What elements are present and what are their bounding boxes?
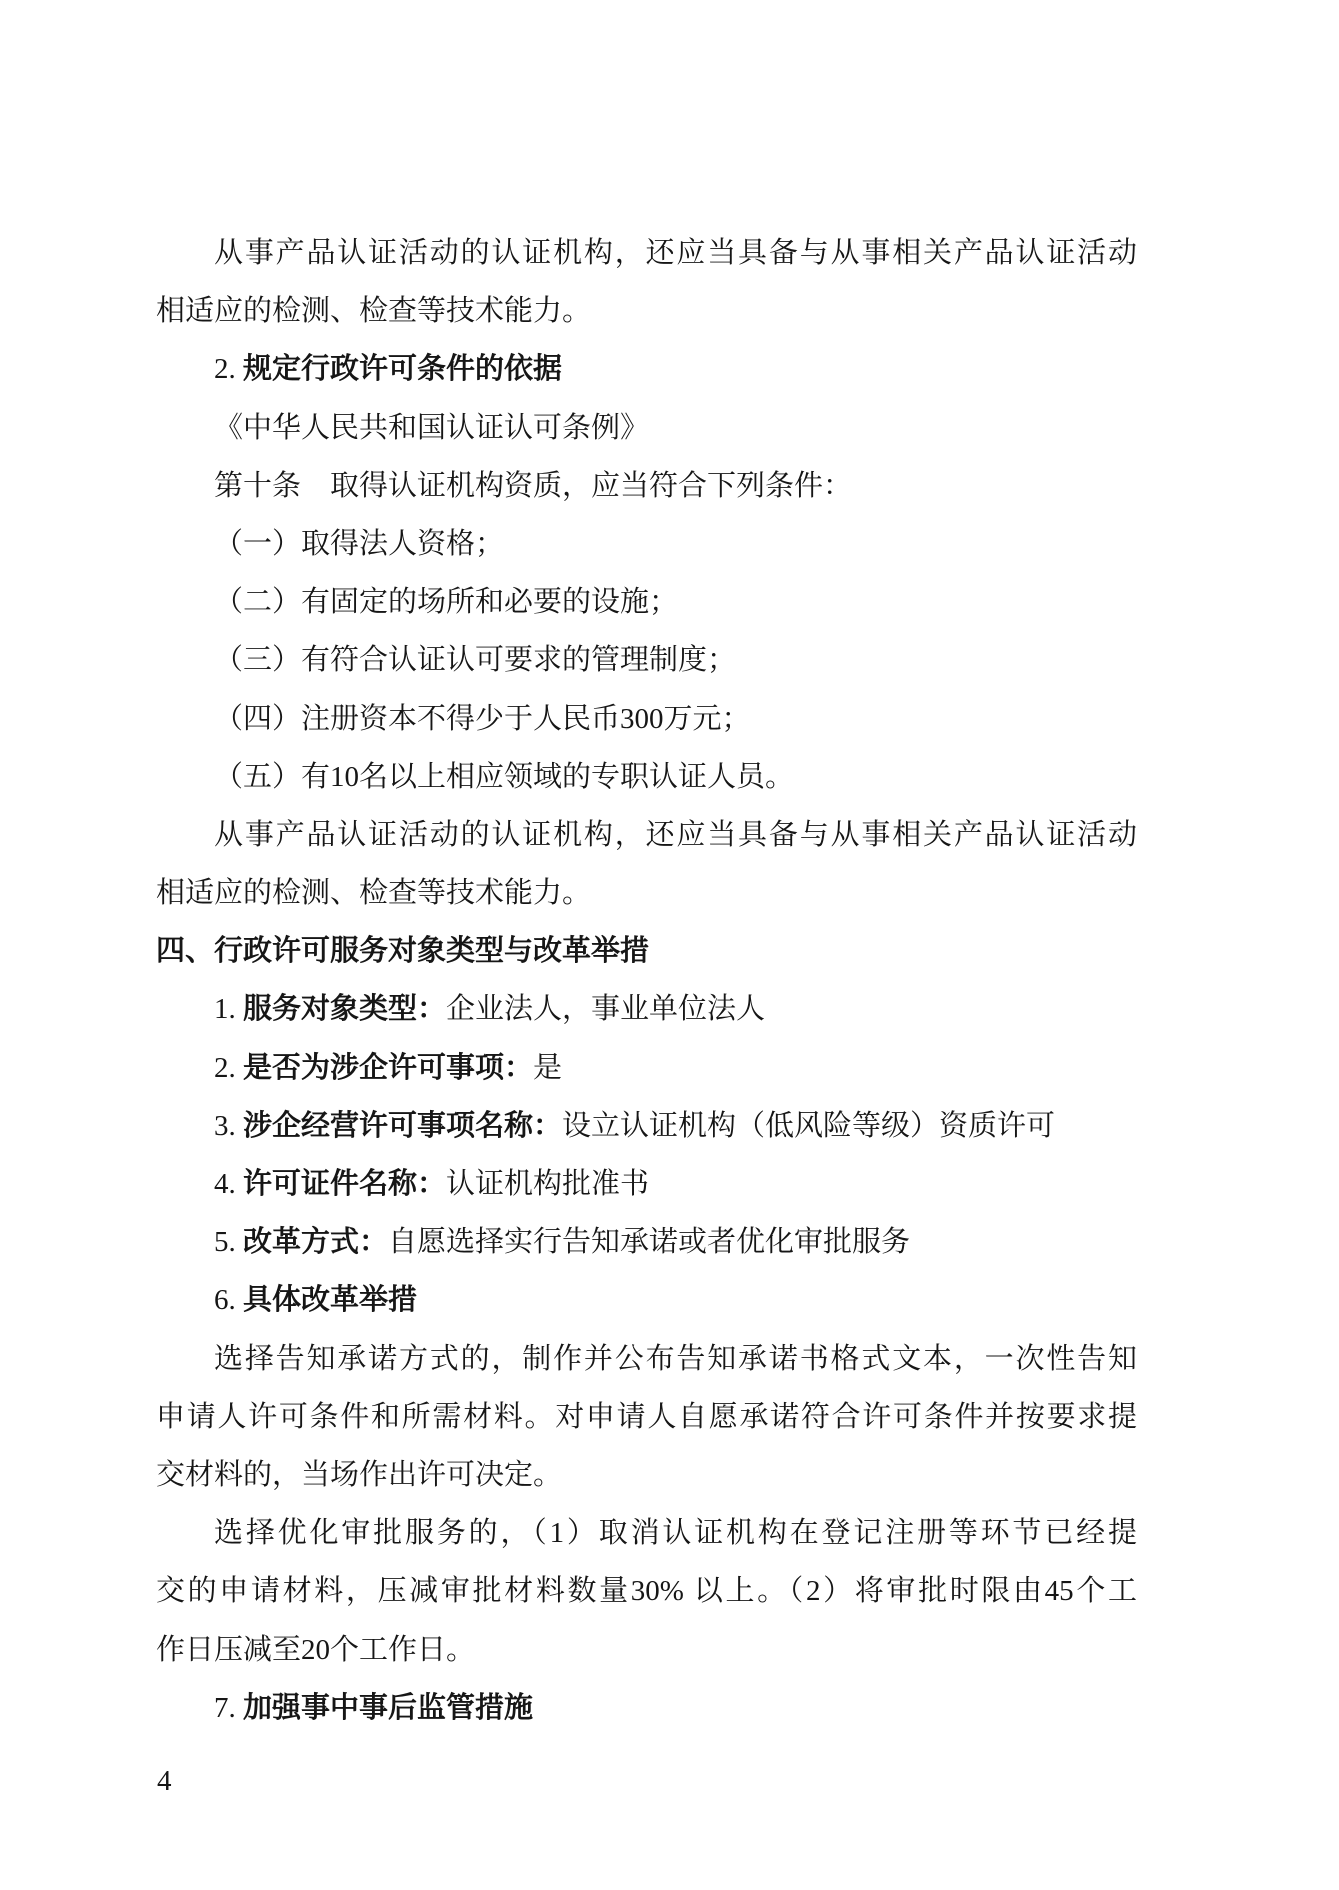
- text-line: 从事产品认证活动的认证机构，还应当具备与从事相关产品认证活动: [156, 806, 1137, 864]
- text-run: 设立认证机构（低风险等级）资质许可: [562, 1110, 1055, 1142]
- text-line: （三）有符合认证认可要求的管理制度；: [156, 631, 1137, 689]
- text-line: （一）取得法人资格；: [156, 515, 1137, 573]
- bold-text-run: 许可证件名称：: [243, 1168, 446, 1200]
- document-text: 从事产品认证活动的认证机构，还应当具备与从事相关产品认证活动相适应的检测、检查等…: [156, 224, 1137, 1737]
- text-run: （四）注册资本不得少于人民币300万元；: [214, 703, 751, 735]
- text-run: 作日压减至20个工作日。: [156, 1634, 475, 1666]
- bold-text-run: 规定行政许可条件的依据: [243, 353, 562, 385]
- text-line: 交的申请材料，压减审批材料数量30% 以上。（2）将审批时限由45个工: [156, 1562, 1137, 1620]
- text-line: 5. 改革方式：自愿选择实行告知承诺或者优化审批服务: [156, 1213, 1137, 1271]
- text-line: 第十条 取得认证机构资质，应当符合下列条件：: [156, 457, 1137, 515]
- text-run: （三）有符合认证认可要求的管理制度；: [214, 644, 736, 676]
- text-line: 选择告知承诺方式的，制作并公布告知承诺书格式文本，一次性告知: [156, 1330, 1137, 1388]
- text-run: 3.: [214, 1110, 243, 1142]
- text-line: 2. 规定行政许可条件的依据: [156, 340, 1137, 398]
- text-run: 4.: [214, 1168, 243, 1200]
- text-line: 相适应的检测、检查等技术能力。: [156, 282, 1137, 340]
- text-run: （五）有10名以上相应领域的专职认证人员。: [214, 761, 794, 793]
- text-run: 1.: [214, 993, 243, 1025]
- text-run: 企业法人，事业单位法人: [446, 993, 765, 1025]
- text-line: 选择优化审批服务的，（1）取消认证机构在登记注册等环节已经提: [156, 1504, 1137, 1562]
- bold-text-run: 是否为涉企许可事项：: [243, 1052, 533, 1084]
- bold-text-run: 改革方式：: [243, 1226, 388, 1258]
- text-run: 从事产品认证活动的认证机构，还应当具备与从事相关产品认证活动: [214, 237, 1137, 269]
- text-run: 7.: [214, 1692, 243, 1724]
- text-run: 是: [533, 1052, 562, 1084]
- text-line: 1. 服务对象类型：企业法人，事业单位法人: [156, 980, 1137, 1038]
- text-run: 2.: [214, 353, 243, 385]
- text-run: （一）取得法人资格；: [214, 528, 504, 560]
- text-run: （二）有固定的场所和必要的设施；: [214, 586, 678, 618]
- bold-text-run: 服务对象类型：: [243, 993, 446, 1025]
- page-number: 4: [157, 1752, 172, 1810]
- text-run: 第十条 取得认证机构资质，应当符合下列条件：: [214, 470, 852, 502]
- text-line: （五）有10名以上相应领域的专职认证人员。: [156, 748, 1137, 806]
- text-run: 选择告知承诺方式的，制作并公布告知承诺书格式文本，一次性告知: [214, 1343, 1137, 1375]
- text-line: 7. 加强事中事后监管措施: [156, 1679, 1137, 1737]
- text-run: 自愿选择实行告知承诺或者优化审批服务: [388, 1226, 910, 1258]
- text-line: 申请人许可条件和所需材料。对申请人自愿承诺符合许可条件并按要求提: [156, 1388, 1137, 1446]
- text-run: 申请人许可条件和所需材料。对申请人自愿承诺符合许可条件并按要求提: [156, 1401, 1137, 1433]
- bold-text-run: 加强事中事后监管措施: [243, 1692, 533, 1724]
- text-line: 交材料的，当场作出许可决定。: [156, 1446, 1137, 1504]
- document-page: 从事产品认证活动的认证机构，还应当具备与从事相关产品认证活动相适应的检测、检查等…: [0, 0, 1339, 1890]
- bold-text-run: 具体改革举措: [243, 1284, 417, 1316]
- text-run: 6.: [214, 1284, 243, 1316]
- text-run: 2.: [214, 1052, 243, 1084]
- text-line: 6. 具体改革举措: [156, 1271, 1137, 1329]
- text-run: 交材料的，当场作出许可决定。: [156, 1459, 562, 1491]
- text-run: 相适应的检测、检查等技术能力。: [156, 877, 591, 909]
- text-line: 四、行政许可服务对象类型与改革举措: [156, 922, 1137, 980]
- text-line: （二）有固定的场所和必要的设施；: [156, 573, 1137, 631]
- text-line: 作日压减至20个工作日。: [156, 1621, 1137, 1679]
- text-line: 相适应的检测、检查等技术能力。: [156, 864, 1137, 922]
- text-line: （四）注册资本不得少于人民币300万元；: [156, 690, 1137, 748]
- text-run: 交的申请材料，压减审批材料数量30% 以上。（2）将审批时限由45个工: [156, 1575, 1137, 1607]
- text-run: 从事产品认证活动的认证机构，还应当具备与从事相关产品认证活动: [214, 819, 1137, 851]
- bold-text-run: 四、行政许可服务对象类型与改革举措: [156, 935, 649, 967]
- text-line: 从事产品认证活动的认证机构，还应当具备与从事相关产品认证活动: [156, 224, 1137, 282]
- text-line: 2. 是否为涉企许可事项：是: [156, 1039, 1137, 1097]
- text-run: 5.: [214, 1226, 243, 1258]
- text-run: 相适应的检测、检查等技术能力。: [156, 295, 591, 327]
- text-line: 《中华人民共和国认证认可条例》: [156, 399, 1137, 457]
- bold-text-run: 涉企经营许可事项名称：: [243, 1110, 562, 1142]
- text-run: 《中华人民共和国认证认可条例》: [214, 412, 649, 444]
- text-run: 选择优化审批服务的，（1）取消认证机构在登记注册等环节已经提: [214, 1517, 1137, 1549]
- text-line: 4. 许可证件名称：认证机构批准书: [156, 1155, 1137, 1213]
- text-line: 3. 涉企经营许可事项名称：设立认证机构（低风险等级）资质许可: [156, 1097, 1137, 1155]
- text-run: 认证机构批准书: [446, 1168, 649, 1200]
